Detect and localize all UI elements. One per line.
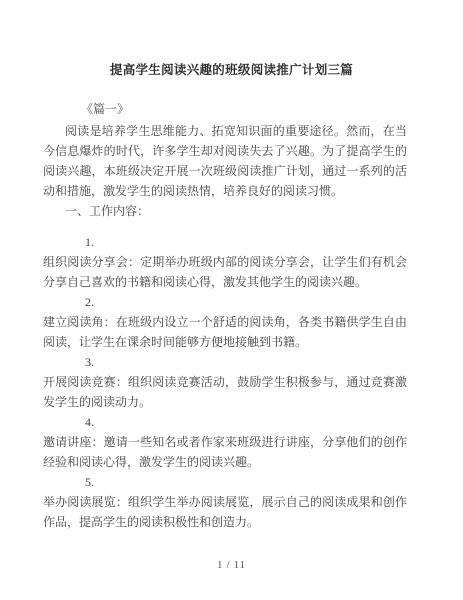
list-item-number: 4.	[43, 412, 407, 432]
page-number-indicator: 1 / 11	[0, 559, 463, 573]
list-item-number: 1.	[43, 232, 407, 252]
section-heading: 《篇一》	[43, 99, 407, 119]
document-title: 提高学生阅读兴趣的班级阅读推广计划三篇	[0, 0, 463, 80]
list-item: 3. 开展阅读竞赛：组织阅读竞赛活动，鼓励学生积极参与，通过竞赛激发学生的阅读动…	[43, 352, 407, 412]
list-item: 4. 邀请讲座：邀请一些知名或者作家来班级进行讲座，分享他们的创作经验和阅读心得…	[43, 412, 407, 472]
list-item: 2. 建立阅读角：在班级内设立一个舒适的阅读角，各类书籍供学生自由阅读，让学生在…	[43, 292, 407, 352]
list-item-text: 建立阅读角：在班级内设立一个舒适的阅读角，各类书籍供学生自由阅读，让学生在课余时…	[43, 312, 407, 352]
list-item-number: 2.	[43, 292, 407, 312]
list-item: 1. 组织阅读分享会：定期举办班级内部的阅读分享会，让学生们有机会分享自己喜欢的…	[43, 232, 407, 292]
list-item-number: 3.	[43, 352, 407, 372]
list-heading: 一、工作内容：	[43, 201, 407, 221]
list-item-text: 组织阅读分享会：定期举办班级内部的阅读分享会，让学生们有机会分享自己喜欢的书籍和…	[43, 252, 407, 292]
list-item-number: 5.	[43, 472, 407, 492]
list-item-text: 开展阅读竞赛：组织阅读竞赛活动，鼓励学生积极参与，通过竞赛激发学生的阅读动力。	[43, 372, 407, 412]
document-page: 提高学生阅读兴趣的班级阅读推广计划三篇 《篇一》 阅读是培养学生思维能力、拓宽知…	[0, 0, 463, 600]
list-item-text: 举办阅读展览：组织学生举办阅读展览，展示自己的阅读成果和创作作品，提高学生的阅读…	[43, 492, 407, 532]
list-item-text: 邀请讲座：邀请一些知名或者作家来班级进行讲座，分享他们的创作经验和阅读心得，激发…	[43, 432, 407, 472]
list-item: 5. 举办阅读展览：组织学生举办阅读展览，展示自己的阅读成果和创作作品，提高学生…	[43, 472, 407, 532]
document-body: 《篇一》 阅读是培养学生思维能力、拓宽知识面的重要途径。然而，在当今信息爆炸的时…	[43, 99, 407, 532]
intro-paragraph: 阅读是培养学生思维能力、拓宽知识面的重要途径。然而，在当今信息爆炸的时代，许多学…	[43, 121, 407, 201]
